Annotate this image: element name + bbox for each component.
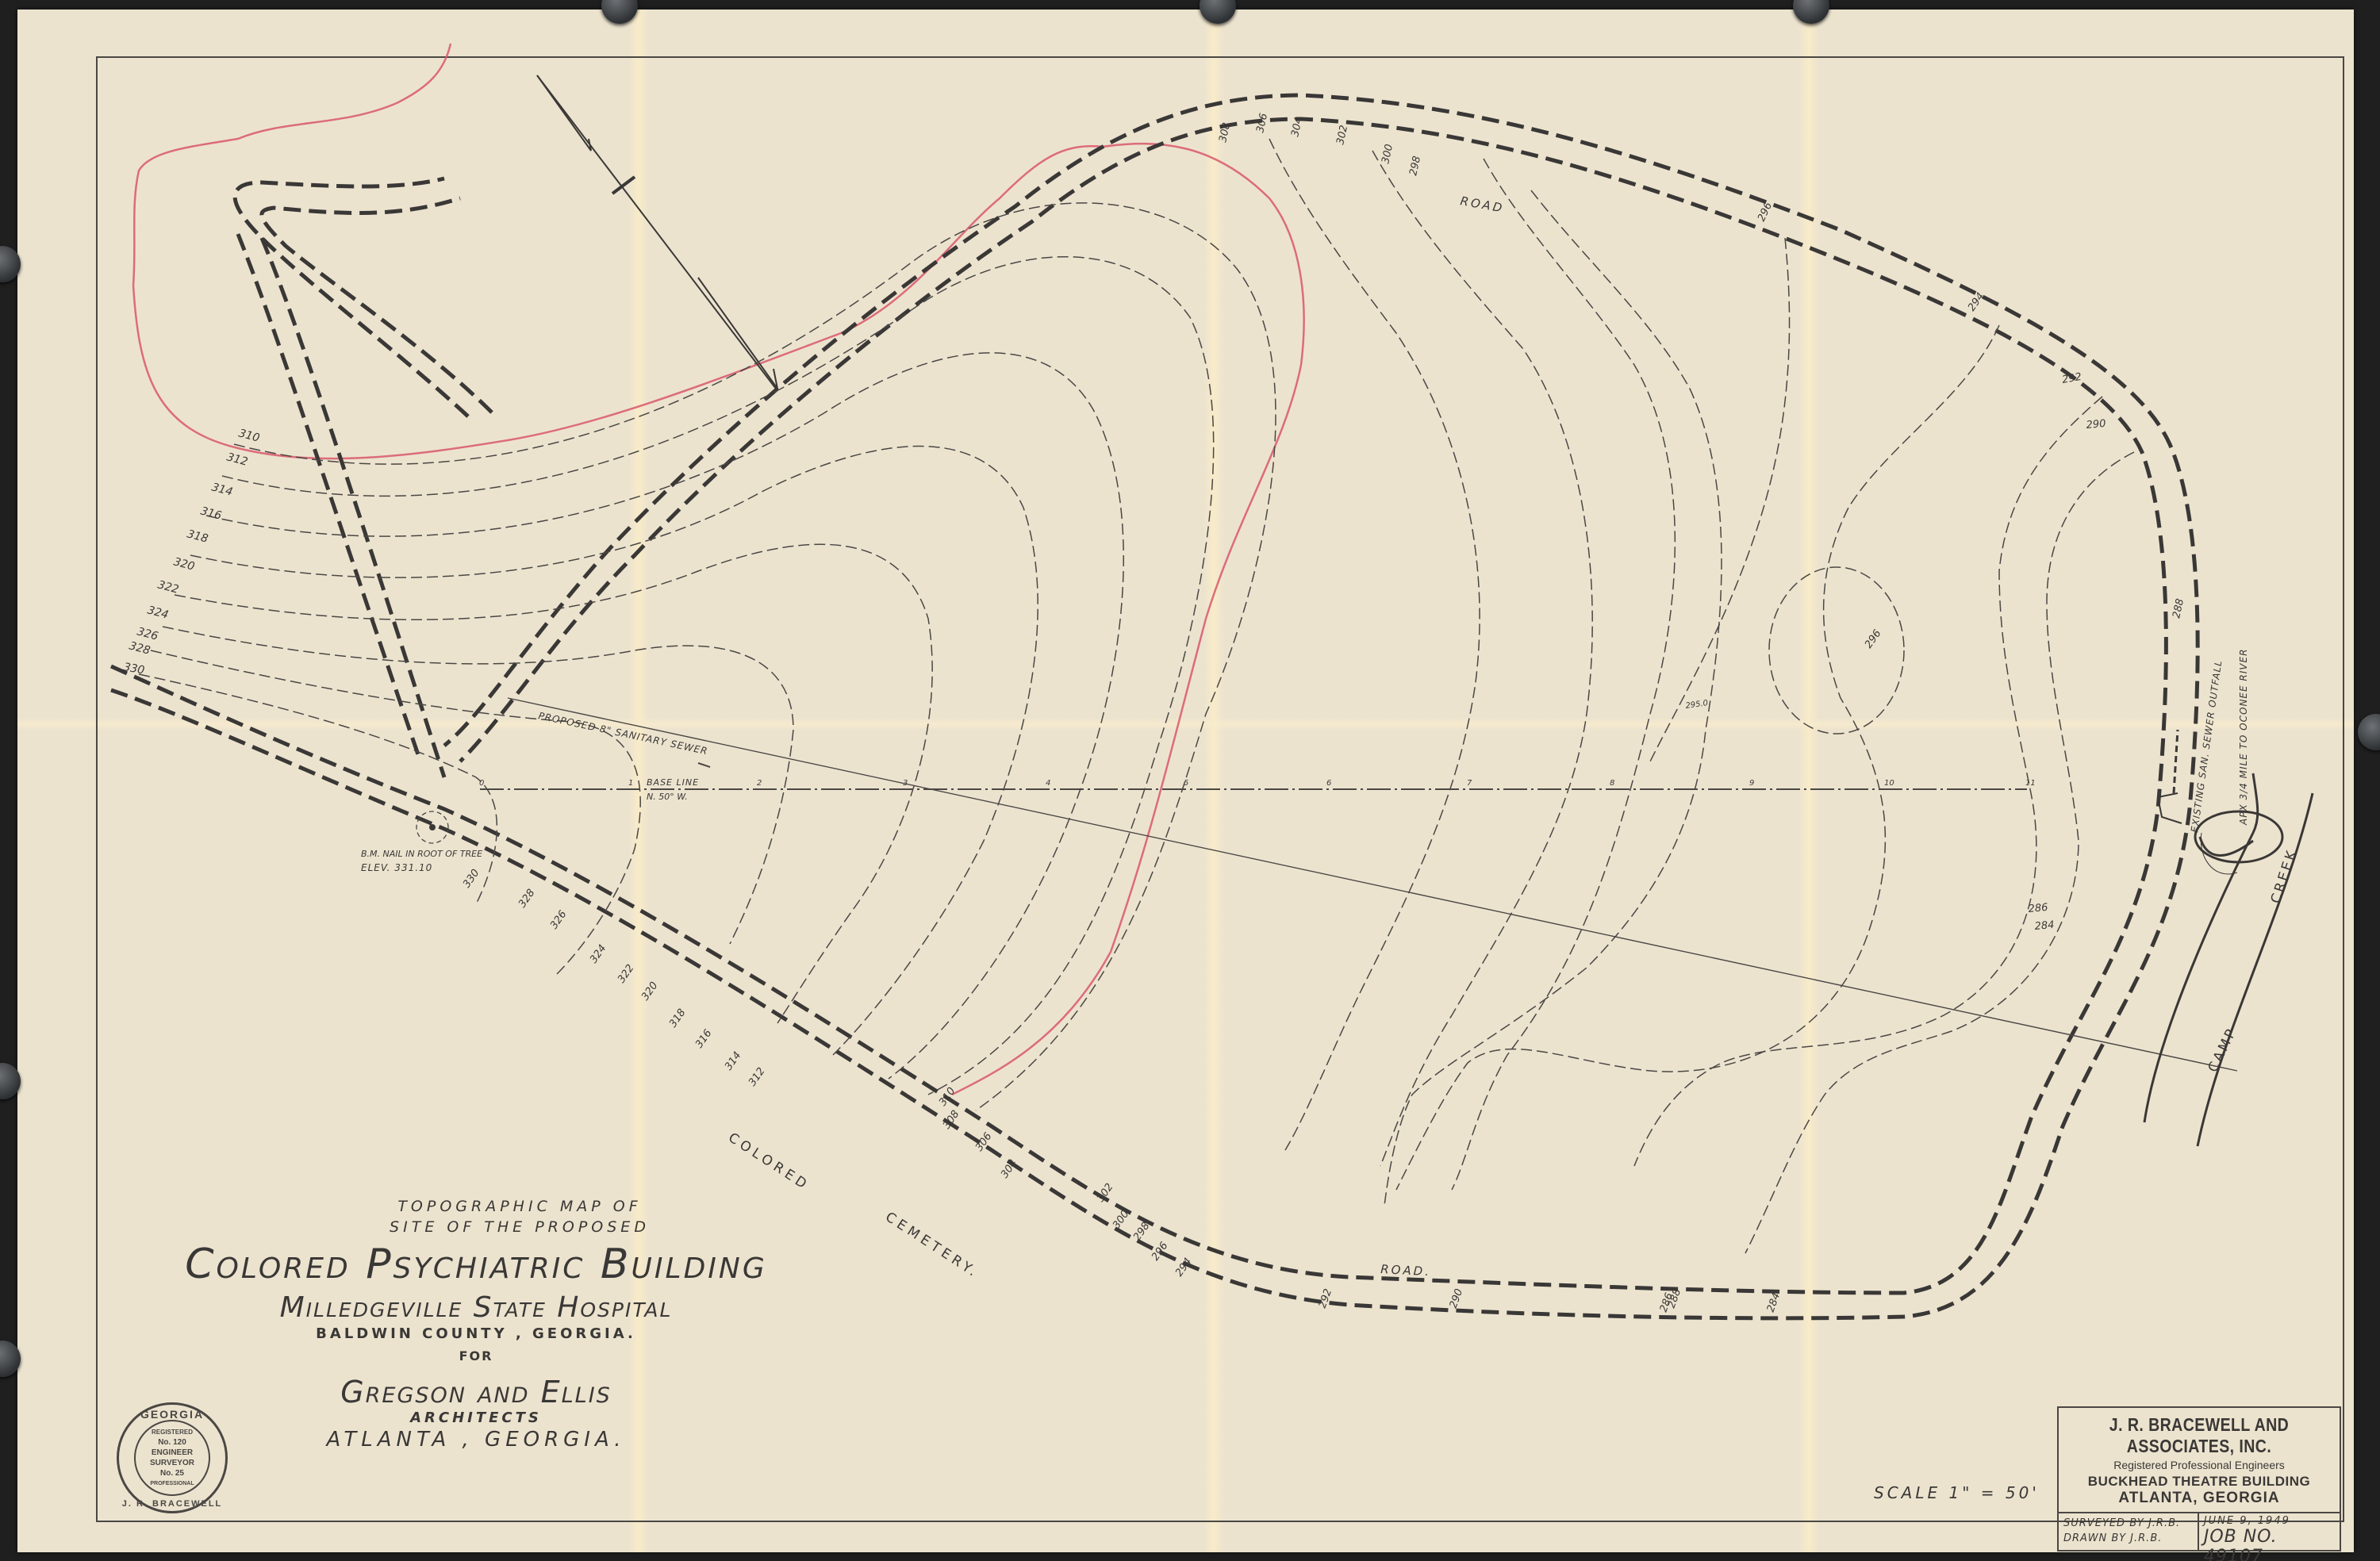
contour-label: 302 xyxy=(1334,124,1350,145)
contour-label: 290 xyxy=(2086,418,2106,431)
contour-label: 330 xyxy=(461,867,482,890)
cemetery-label: CEMETERY. xyxy=(882,1209,982,1282)
spot-elevation: 295.0 xyxy=(1685,699,1709,711)
company-header: J. R. BRACEWELL AND ASSOCIATES, INC. Reg… xyxy=(2059,1408,2340,1513)
river-label: APX 3/4 MILE TO OCONEE RIVER xyxy=(2238,649,2249,826)
contour-label: 328 xyxy=(516,887,538,910)
benchmark-elevation: ELEV. 331.10 xyxy=(361,862,432,873)
contour-label: 328 xyxy=(128,639,152,657)
contour-label: 286 xyxy=(2028,902,2048,915)
contour-label: 326 xyxy=(548,908,570,931)
baseline-stations: 0 1 2 3 4 5 6 7 8 9 10 11 xyxy=(479,779,2036,788)
contour-label: 318 xyxy=(667,1007,689,1030)
contour-label: 306 xyxy=(1254,112,1270,133)
contour-label: 290 xyxy=(1448,1287,1466,1310)
map-scale: SCALE 1" = 50' xyxy=(1874,1483,2040,1502)
institution-name: Milledgeville State Hospital xyxy=(119,1291,833,1324)
seal-surveyor: SURVEYOR xyxy=(150,1458,194,1468)
main-title: Colored Psychiatric Building xyxy=(119,1241,833,1288)
camp-creek xyxy=(2144,730,2313,1146)
contour-lines xyxy=(139,139,2134,1253)
station-label: 3 xyxy=(903,779,908,788)
benchmark-label: B.M. NAIL IN ROOT OF TREE xyxy=(361,849,482,859)
seal-state: GEORGIA xyxy=(140,1408,204,1421)
cemetery-label: COLORED xyxy=(725,1130,812,1194)
county-label: BALDWIN COUNTY , GEORGIA. xyxy=(119,1325,833,1342)
company-title-block: J. R. BRACEWELL AND ASSOCIATES, INC. Reg… xyxy=(2057,1406,2341,1551)
station-label: 7 xyxy=(1467,779,1472,788)
station-label: 5 xyxy=(1184,779,1188,788)
seal-surveyor-number: No. 25 xyxy=(160,1468,184,1479)
contour-label: 304 xyxy=(1289,116,1305,137)
company-building: BUCKHEAD THEATRE BUILDING xyxy=(2062,1474,2336,1490)
station-label: 8 xyxy=(1610,779,1614,788)
sanitary-sewer-line xyxy=(508,698,2237,1071)
creek-label: CAMP xyxy=(2205,1025,2240,1075)
creek-label: CREEK xyxy=(2268,847,2301,906)
bearing-label: N. 50° W. xyxy=(647,792,688,802)
survey-date: JUNE 9, 1949 xyxy=(2204,1515,2335,1527)
company-subtitle: Registered Professional Engineers xyxy=(2062,1459,2336,1471)
contour-label: 322 xyxy=(156,578,180,596)
contour-label: 298 xyxy=(1407,155,1423,176)
station-label: 6 xyxy=(1326,779,1331,788)
contour-label: 326 xyxy=(136,625,159,642)
seal-center: REGISTERED No. 120 ENGINEER SURVEYOR No.… xyxy=(134,1420,210,1496)
surveyed-by: SURVEYED BY J.R.B. xyxy=(2063,1516,2193,1531)
station-label: 4 xyxy=(1046,779,1050,788)
contour-label: 292 xyxy=(1317,1287,1335,1310)
contour-label: 320 xyxy=(639,980,661,1003)
seal-registered: REGISTERED xyxy=(152,1427,193,1437)
seal-engineer: ENGINEER xyxy=(152,1448,193,1458)
contour-label: 316 xyxy=(199,504,223,522)
station-label: 11 xyxy=(2025,779,2036,788)
contour-label: 294 xyxy=(1966,290,1987,313)
job-number: JOB NO. 49107 xyxy=(2204,1527,2335,1561)
contour-label: 320 xyxy=(172,555,196,573)
drawn-by: DRAWN BY J.R.B. xyxy=(2063,1531,2193,1546)
station-label: 0 xyxy=(479,779,484,788)
contour-label: 324 xyxy=(588,942,609,965)
north-arrow-icon xyxy=(537,75,777,389)
contour-label: 284 xyxy=(2034,919,2055,933)
station-label: 2 xyxy=(757,779,762,788)
contour-label: 296 xyxy=(1863,627,1884,650)
title-line-2: SITE OF THE PROPOSED xyxy=(206,1218,833,1236)
seal-name: J. R. BRACEWELL xyxy=(122,1499,223,1509)
contour-label: 314 xyxy=(723,1049,744,1072)
red-boundary-line xyxy=(133,44,1304,1095)
contour-label: 324 xyxy=(146,604,170,621)
contour-label: 314 xyxy=(210,481,234,498)
contour-label: 292 xyxy=(2061,371,2082,386)
title-line-1: TOPOGRAPHIC MAP OF xyxy=(206,1198,833,1215)
contour-label: 312 xyxy=(747,1065,768,1088)
contour-label: 284 xyxy=(1765,1291,1783,1314)
contour-label: 296 xyxy=(1756,201,1775,224)
job-info: JUNE 9, 1949 JOB NO. 49107 xyxy=(2199,1513,2340,1550)
road-label: ROAD xyxy=(1459,194,1505,215)
map-title-block: TOPOGRAPHIC MAP OF SITE OF THE PROPOSED … xyxy=(119,1198,833,1452)
contour-label: 296 xyxy=(1150,1240,1171,1263)
contour-labels-left: 310 312 314 316 318 320 322 324 326 328 … xyxy=(122,427,261,677)
for-label: FOR xyxy=(119,1348,833,1363)
station-label: 1 xyxy=(628,779,633,788)
contour-label: 286 xyxy=(1658,1291,1676,1314)
contour-hilltop xyxy=(1769,567,1904,734)
contour-label: 312 xyxy=(225,451,249,468)
architect-role: ARCHITECTS xyxy=(119,1410,833,1426)
baseline-label: BASE LINE xyxy=(647,777,699,788)
contour-label: 302 xyxy=(1095,1181,1116,1204)
contour-label: 300 xyxy=(1380,143,1395,164)
road-label: ROAD. xyxy=(1380,1262,1432,1279)
contour-label: 316 xyxy=(693,1027,715,1050)
contour-label: 310 xyxy=(237,427,261,444)
station-label: 9 xyxy=(1749,779,1754,788)
credits: SURVEYED BY J.R.B. DRAWN BY J.R.B. xyxy=(2059,1513,2199,1550)
contour-label: 322 xyxy=(616,962,637,985)
seal-engineer-number: No. 120 xyxy=(158,1437,186,1448)
architect-name: Gregson and Ellis xyxy=(119,1375,833,1410)
company-footer: SURVEYED BY J.R.B. DRAWN BY J.R.B. JUNE … xyxy=(2059,1513,2340,1550)
seal-professional: PROFESSIONAL xyxy=(150,1479,194,1489)
company-city: ATLANTA, GEORGIA xyxy=(2062,1490,2336,1507)
engineer-seal: GEORGIA REGISTERED No. 120 ENGINEER SURV… xyxy=(117,1402,228,1513)
station-label: 10 xyxy=(1884,779,1894,788)
company-name: J. R. BRACEWELL AND ASSOCIATES, INC. xyxy=(2082,1414,2316,1457)
contour-label: 318 xyxy=(186,527,209,545)
contour-label: 288 xyxy=(2171,597,2186,619)
road xyxy=(111,95,2198,1318)
contour-labels-right: 294 292 290 296 288 286 284 xyxy=(1863,290,2186,933)
sewer-label: PROPOSED 8" SANITARY SEWER xyxy=(537,710,708,757)
